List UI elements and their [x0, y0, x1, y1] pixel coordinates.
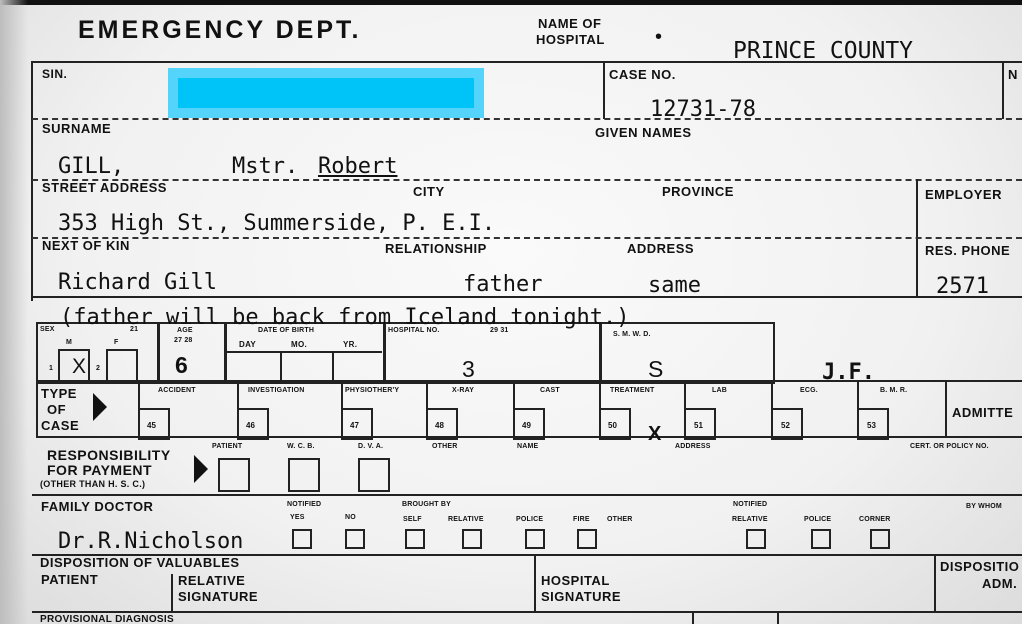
employer-label: EMPLOYER	[925, 187, 1002, 202]
valuables-hospital-divider	[534, 556, 536, 612]
payment-arrow-icon	[194, 455, 208, 483]
provisional-diagnosis-label: PROVISIONAL DIAGNOSIS	[40, 614, 174, 624]
relatives-notified-label: NOTIFIED	[733, 501, 767, 508]
disposition-label-2: ADM.	[982, 576, 1017, 591]
type-of-case-label-3: CASE	[41, 418, 79, 433]
smwd-label: S. M. W. D.	[613, 331, 651, 338]
dob-year-label: YR.	[343, 340, 357, 349]
notified-corner-label: CORNER	[859, 516, 891, 523]
relative-signature-label-1: RELATIVE	[178, 573, 245, 588]
kin-address-label: ADDRESS	[627, 241, 694, 256]
kin-row-bottom	[32, 296, 1022, 298]
age-col-numbers: 27 28	[174, 337, 193, 344]
dob-day-divider	[280, 351, 282, 380]
doctor-notified-no-checkbox[interactable]	[345, 529, 365, 549]
bullet-icon: •	[655, 26, 662, 49]
surname-label: SURNAME	[42, 121, 111, 136]
street-address-label: STREET ADDRESS	[42, 180, 167, 195]
age-value: 6	[175, 352, 188, 379]
male-checkbox-mark: X	[72, 355, 86, 379]
case-option-xray: X-RAY	[452, 387, 474, 394]
typed-note: (father will be back from Iceland tonigh…	[60, 305, 630, 330]
payment-patient-checkbox[interactable]	[218, 458, 250, 492]
valuables-label: DISPOSITION OF VALUABLES	[40, 555, 240, 570]
next-of-kin-value: Richard Gill	[58, 270, 217, 295]
valuables-row-bottom	[32, 611, 1022, 613]
payment-address-label: ADDRESS	[675, 443, 711, 450]
payment-cert-label: CERT. OR POLICY NO.	[910, 443, 989, 450]
case-no-divider	[603, 61, 605, 119]
type-case-top	[36, 380, 1022, 382]
treatment-mark: X	[648, 423, 661, 446]
dob-month-divider	[332, 351, 334, 380]
case-accident-code: 45	[147, 421, 156, 430]
case-option-cast: CAST	[540, 387, 560, 394]
case-investigation-code: 46	[246, 421, 255, 430]
family-doctor-value: Dr.R.Nicholson	[58, 529, 243, 554]
family-doctor-label: FAMILY DOCTOR	[41, 499, 153, 514]
sex-label: SEX	[40, 326, 55, 333]
address-row-divider	[32, 237, 1022, 239]
payment-other-label: OTHER	[432, 443, 458, 450]
payment-row-bottom	[32, 494, 1022, 496]
province-label: PROVINCE	[662, 184, 734, 199]
case-option-physiotherapy: PHYSIOTHER'Y	[345, 387, 399, 394]
emergency-form-scan: EMERGENCY DEPT. NAME OF HOSPITAL • PRINC…	[0, 0, 1022, 624]
female-label: F	[114, 339, 118, 346]
case-xray-code: 48	[435, 421, 444, 430]
given-names-prefix: Mstr.	[232, 154, 298, 179]
relative-signature-label-2: SIGNATURE	[178, 589, 258, 604]
type-of-case-label-1: TYPE	[41, 386, 77, 401]
brought-by-fire-checkbox[interactable]	[577, 529, 597, 549]
brought-by-other-label: OTHER	[607, 516, 633, 523]
disposition-divider	[934, 556, 936, 612]
case-cast-code: 49	[522, 421, 531, 430]
valuables-patient-label: PATIENT	[41, 572, 98, 587]
brought-by-label: BROUGHT BY	[402, 501, 451, 508]
brought-by-relative-checkbox[interactable]	[462, 529, 482, 549]
nu-label: N	[1008, 67, 1018, 82]
given-names-value: Robert	[318, 154, 397, 179]
dob-day-label: DAY	[239, 340, 256, 349]
type-case-left	[36, 380, 38, 438]
notified-corner-checkbox[interactable]	[870, 529, 890, 549]
doctor-notified-yes-label: YES	[290, 514, 305, 521]
city-label: CITY	[413, 184, 445, 199]
sin-label: SIN.	[42, 67, 67, 81]
nu-divider	[1002, 61, 1004, 119]
type-of-case-arrow-icon	[93, 393, 107, 421]
payment-name-label: NAME	[517, 443, 538, 450]
brought-by-fire-label: FIRE	[573, 516, 590, 523]
case-option-accident: ACCIDENT	[158, 387, 196, 394]
brought-by-police-checkbox[interactable]	[525, 529, 545, 549]
case-physiotherapy-code: 47	[350, 421, 359, 430]
hospital-name-label-2: HOSPITAL	[536, 32, 605, 47]
type-of-case-label-2: OF	[47, 402, 66, 417]
payment-label-2: FOR PAYMENT	[47, 462, 152, 478]
case-option-treatment: TREATMENT	[610, 387, 654, 394]
admitted-label: ADMITTE	[952, 405, 1013, 420]
kin-address-value: same	[648, 273, 701, 298]
sin-redaction	[168, 68, 484, 118]
case-ecg-code: 52	[781, 421, 790, 430]
next-of-kin-label: NEXT OF KIN	[42, 238, 130, 253]
hospital-signature-label-1: HOSPITAL	[541, 573, 610, 588]
dob-month-label: MO.	[291, 340, 307, 349]
valuables-relative-divider	[171, 574, 173, 612]
surname-row-divider	[32, 179, 1022, 181]
notified-relative-checkbox[interactable]	[746, 529, 766, 549]
frame-top-line	[32, 61, 1022, 63]
notified-police-label: POLICE	[804, 516, 831, 523]
scan-top-edge	[0, 0, 1022, 5]
notified-relative-label: RELATIVE	[732, 516, 768, 523]
payment-wcb-label: W. C. B.	[287, 443, 315, 450]
case-divider-9	[945, 380, 947, 438]
smwd-value: S	[648, 356, 663, 383]
disposition-label-1: DISPOSITIO	[940, 559, 1019, 574]
case-bmr-code: 53	[867, 421, 876, 430]
case-option-investigation: INVESTIGATION	[248, 387, 305, 394]
given-names-label: GIVEN NAMES	[595, 125, 692, 140]
hospital-no-value: 3	[462, 356, 475, 383]
female-code: 2	[96, 365, 100, 372]
hospital-signature-label-2: SIGNATURE	[541, 589, 621, 604]
payment-dva-checkbox[interactable]	[358, 458, 390, 492]
brought-by-self-checkbox[interactable]	[405, 529, 425, 549]
payment-label-1: RESPONSIBILITY	[47, 447, 171, 463]
case-lab-code: 51	[694, 421, 703, 430]
case-no-label: CASE NO.	[609, 67, 676, 82]
female-checkbox[interactable]	[106, 349, 138, 384]
scan-left-shadow	[0, 0, 28, 624]
case-option-lab: LAB	[712, 387, 727, 394]
brought-by-relative-label: RELATIVE	[448, 516, 484, 523]
street-address-value: 353 High St., Summerside, P. E.I.	[58, 211, 495, 236]
res-phone-label: RES. PHONE	[925, 243, 1010, 258]
hospital-name-label-1: NAME OF	[538, 16, 601, 31]
doctor-notified-yes-checkbox[interactable]	[292, 529, 312, 549]
doctor-notified-label: NOTIFIED	[287, 501, 321, 508]
case-option-ecg: ECG.	[800, 387, 818, 394]
payment-patient-label: PATIENT	[212, 443, 242, 450]
case-option-bmr: B. M. R.	[880, 387, 907, 394]
relationship-label: RELATIONSHIP	[385, 241, 487, 256]
sin-redaction-fill	[178, 78, 474, 108]
dob-inner-line	[226, 351, 382, 353]
surname-value: GILL,	[58, 154, 124, 179]
frame-left-line	[31, 61, 33, 301]
diagnosis-divider-2	[777, 612, 779, 624]
notified-police-checkbox[interactable]	[811, 529, 831, 549]
male-label: M	[66, 339, 72, 346]
male-code: 1	[49, 365, 53, 372]
brought-by-police-label: POLICE	[516, 516, 543, 523]
case-treatment-code: 50	[608, 421, 617, 430]
by-whom-label: BY WHOM	[966, 503, 1002, 510]
form-title: EMERGENCY DEPT.	[78, 16, 361, 45]
payment-dva-label: D. V. A.	[358, 443, 383, 450]
brought-by-self-label: SELF	[403, 516, 422, 523]
payment-label-3: (OTHER THAN H. S. C.)	[40, 479, 145, 489]
relationship-value: father	[463, 272, 542, 297]
payment-wcb-checkbox[interactable]	[288, 458, 320, 492]
diagnosis-divider-1	[692, 612, 694, 624]
sin-row-divider	[32, 118, 1022, 120]
doctor-notified-no-label: NO	[345, 514, 356, 521]
